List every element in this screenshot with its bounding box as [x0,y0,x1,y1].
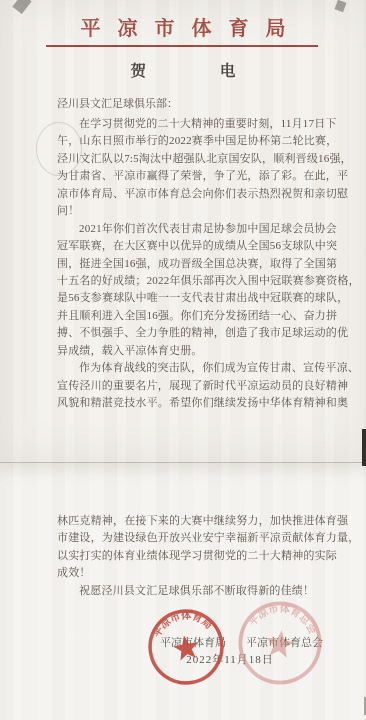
official-seal-left: 平凉市体育局 [141,602,231,692]
seal-stamp-icon: 平凉市体育总会 [231,594,328,691]
agency-header: 平凉市体育局 [0,12,366,41]
body-line: 以实打实的体育业绩体现学习贯彻党的二十大精神的实际 [57,548,359,565]
body-line: 2021年你们首次代表甘肃足协参加中国足球会员协会 [57,221,360,238]
body-line: 午，山东日照市举行的2022赛季中国足协杯第二轮比赛， [57,133,360,150]
body-line: 宣传泾川的重要名片，展现了新时代平凉运动员的良好精神 [57,378,360,395]
body-line: 是56支参赛球队中唯一一支代表甘肃出战中冠联赛的球队， [57,290,360,307]
body-line: 十五名的好成绩；2022年俱乐部再次入围中冠联赛参赛资格， [57,273,360,290]
body-line: 成效！ [57,565,359,582]
document-photo: 平凉市体育局 贺 电 泾川县文汇足球俱乐部： 在学习贯彻党的二十大精神的重要时刻… [0,0,366,720]
body-line: 风貌和精湛竞技水平。希望你们继续发扬中华体育精神和奥 [57,395,360,412]
photo-edge-artifact [362,429,366,466]
body-line: 林匹克精神，在接下来的大赛中继续努力，加快推进体育强 [57,513,359,530]
body-line: 搏、不惧强手、全力争胜的精神，创造了我市足球运动的优 [57,325,360,342]
body-line: 并且顺利进入全国16强。你们充分发扬团结一心、奋力拼 [57,308,360,325]
body-line: 泾川文汇队以7:5淘汰中超强队北京国安队，顺利晋级16强， [57,151,360,168]
seal-star-icon [264,628,295,658]
body-line: 作为体育战线的突击队，你们成为宣传甘肃、宣传平凉、 [57,360,360,377]
body-line: 问！ [57,203,360,220]
seal-star-icon [172,633,201,661]
body-line: 市建设，为建设绿色开放兴业安宁幸福新平凉贡献体育力量， [57,530,359,547]
body-line: 围，挺进全国16强，成功晋级全国总决赛，取得了全国第 [57,256,360,273]
body-line: 异成绩，载入平凉体育史册。 [57,343,360,360]
body-page-2: 林匹克精神，在接下来的大赛中继续努力，加快推进体育强 市建设，为建设绿色开放兴业… [57,513,359,600]
body-line: 祝愿泾川县文汇足球俱乐部不断取得新的佳绩！ [57,583,359,600]
body-line: 在学习贯彻党的二十大精神的重要时刻，11月17日下 [57,116,360,133]
body-page-1: 在学习贯彻党的二十大精神的重要时刻，11月17日下 午，山东日照市举行的2022… [57,116,360,412]
body-line: 为甘肃省、平凉市赢得了荣誉，争了光，添了彩。在此，平 [57,168,360,185]
body-line: 冠军联赛，在大区赛中以优异的成绩从全国56支球队中突 [57,238,360,255]
official-seal-right: 平凉市体育总会 [231,594,328,691]
letter-page-1: 平凉市体育局 贺 电 泾川县文汇足球俱乐部： 在学习贯彻党的二十大精神的重要时刻… [0,0,366,463]
header-red-rule [46,45,318,47]
faint-stamp-bleed [36,122,82,176]
seal-stamp-icon: 平凉市体育局 [141,602,231,692]
salutation: 泾川县文汇足球俱乐部： [57,95,178,111]
document-title: 贺 电 [0,59,366,81]
body-line: 凉市体育局、平凉市体育总会向你们表示热烈祝贺和亲切慰 [57,186,360,203]
